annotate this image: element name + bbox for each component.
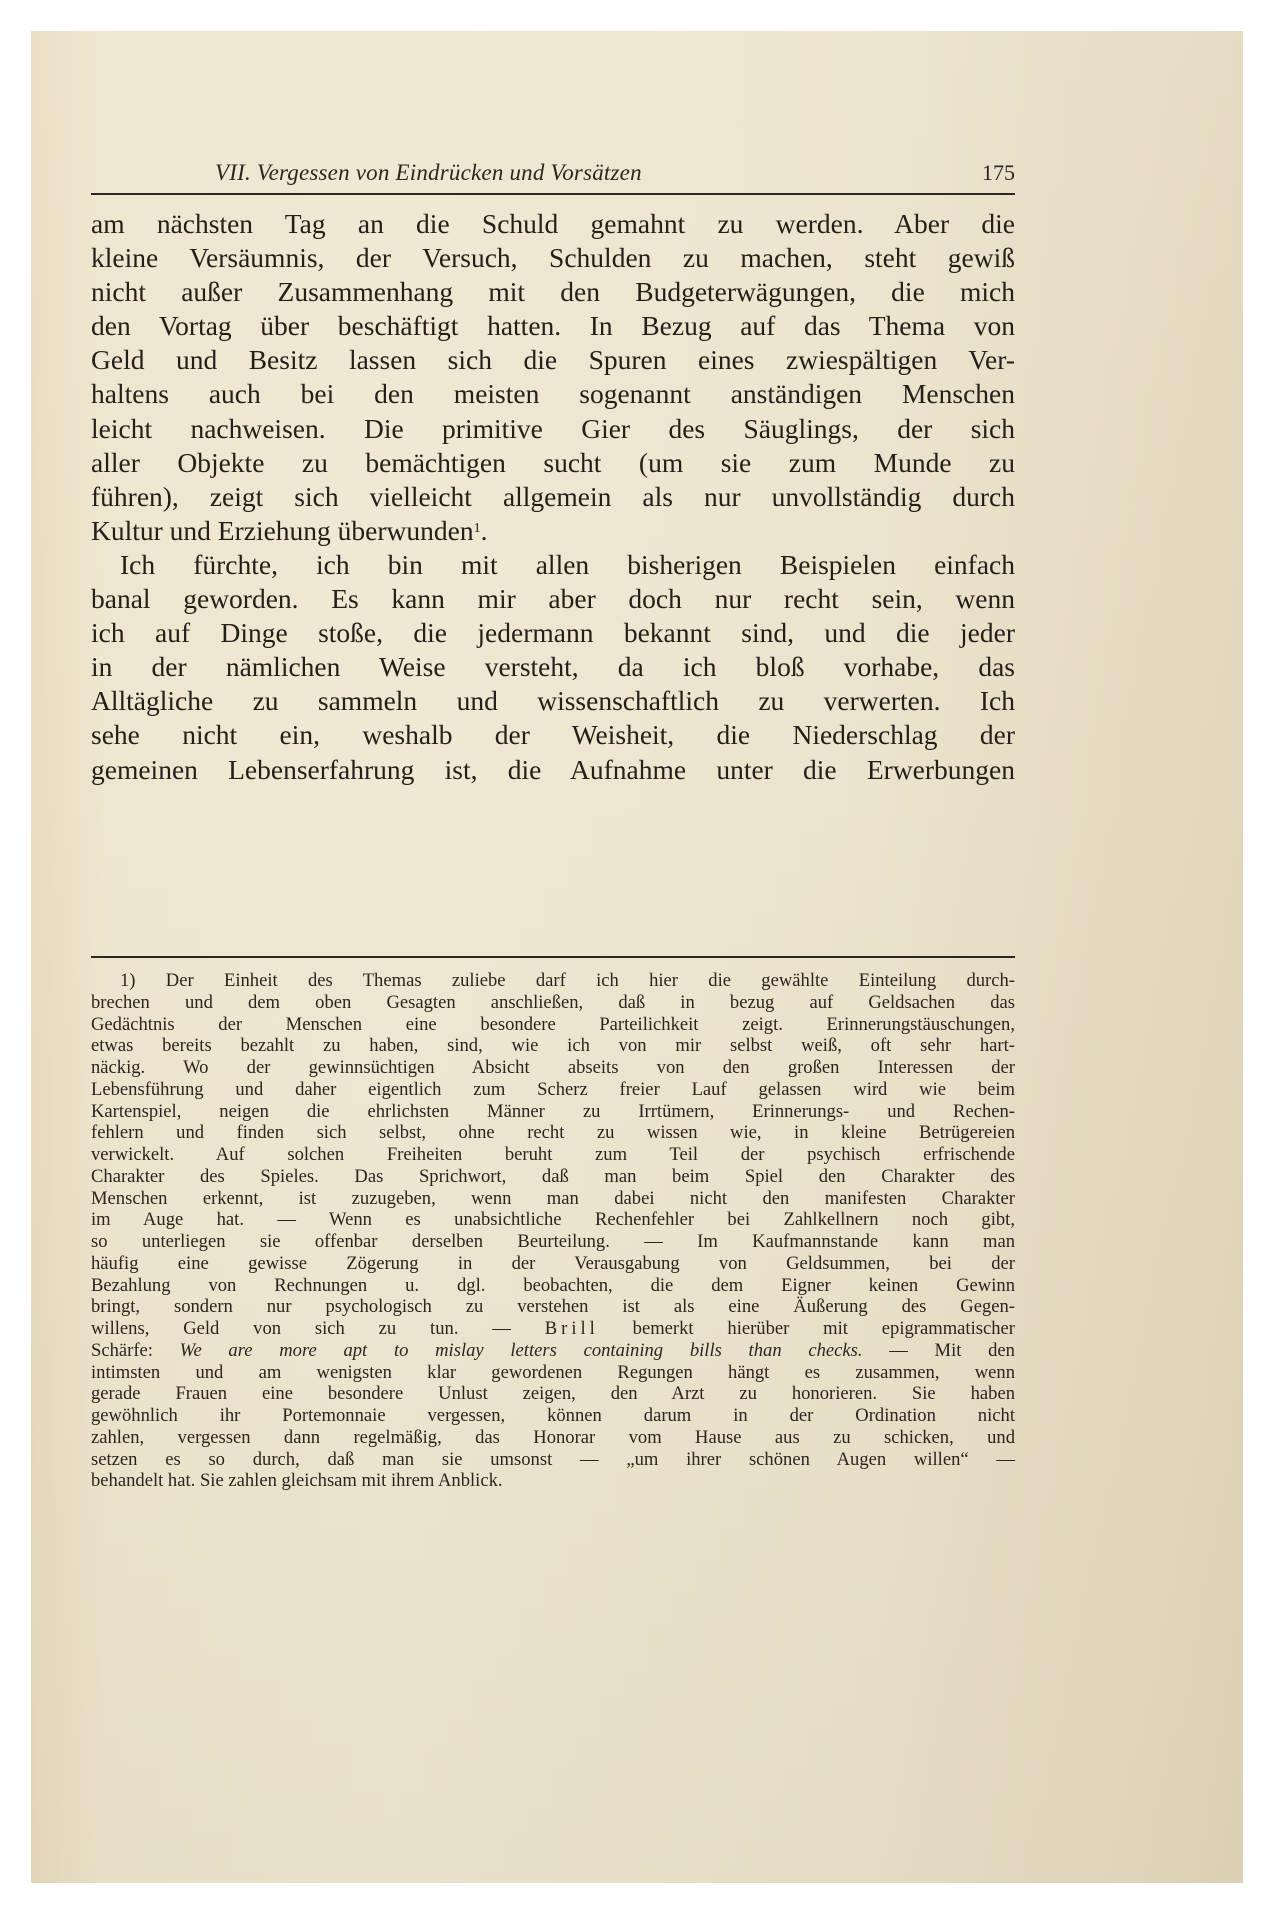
text-segment: — Mit den	[863, 1340, 1015, 1361]
text-segment: willens, Geld von sich zu tun. —	[91, 1318, 545, 1339]
footnote-line: setzen es so durch, daß man sie umsonst …	[91, 1449, 1015, 1471]
text-line: Alltägliche zu sammeln und wissenschaftl…	[91, 684, 1015, 718]
footnote-line: willens, Geld von sich zu tun. — Brill b…	[91, 1318, 1015, 1340]
footnote-line: intimsten und am wenigsten klar geworden…	[91, 1362, 1015, 1384]
text-line: nicht außer Zusammenhang mit den Budgete…	[91, 275, 1015, 309]
text-line: haltens auch bei den meisten sogenannt a…	[91, 377, 1015, 411]
footnote-line: häufig eine gewisse Zögerung in der Vera…	[91, 1253, 1015, 1275]
text-line: Geld und Besitz lassen sich die Spuren e…	[91, 343, 1015, 377]
text-line: in der nämlichen Weise versteht, da ich …	[91, 650, 1015, 684]
footnote-separator	[91, 956, 1015, 958]
footnote-line: Menschen erkennt, ist zuzugeben, wenn ma…	[91, 1188, 1015, 1210]
header-rule	[91, 193, 1015, 195]
text-line: sehe nicht ein, weshalb der Weisheit, di…	[91, 718, 1015, 752]
english-quote: We are more apt to mislay letters contai…	[180, 1340, 863, 1361]
footnote-line: bringt, sondern nur psychologisch zu ver…	[91, 1296, 1015, 1318]
running-title: VII. Vergessen von Eindrücken und Vorsät…	[215, 160, 642, 186]
text-line: kleine Versäumnis, der Versuch, Schulden…	[91, 241, 1015, 275]
footnote-line: Lebensführung und daher eigentlich zum S…	[91, 1079, 1015, 1101]
footnote-line: Schärfe: We are more apt to mislay lette…	[91, 1340, 1015, 1362]
footnote-line: etwas bereits bezahlt zu haben, sind, wi…	[91, 1035, 1015, 1057]
footnote-line: fehlern und finden sich selbst, ohne rec…	[91, 1122, 1015, 1144]
text-segment: Schärfe:	[91, 1340, 180, 1361]
footnote-line: zahlen, vergessen dann regelmäßig, das H…	[91, 1427, 1015, 1449]
author-name-spaced: Brill	[545, 1318, 599, 1339]
footnote-reference[interactable]: 1	[474, 521, 481, 536]
text-line: den Vortag über beschäftigt hatten. In B…	[91, 309, 1015, 343]
text-segment: Kultur und Erziehung überwunden	[91, 515, 474, 546]
footnote-line: so unterliegen sie offenbar derselben Be…	[91, 1231, 1015, 1253]
footnote-line: behandelt hat. Sie zahlen gleichsam mit …	[91, 1470, 1015, 1492]
footnote-line: gerade Frauen eine besondere Unlust zeig…	[91, 1383, 1015, 1405]
text-line: am nächsten Tag an die Schuld gemahnt zu…	[91, 207, 1015, 241]
text-line: führen), zeigt sich vielleicht allgemein…	[91, 480, 1015, 514]
paragraph-start-line: Ich fürchte, ich bin mit allen bisherige…	[91, 548, 1015, 582]
page-number: 175	[982, 160, 1015, 186]
footnote-line: Charakter des Spieles. Das Sprichwort, d…	[91, 1166, 1015, 1188]
text-line: gemeinen Lebenserfahrung ist, die Aufnah…	[91, 753, 1015, 787]
footnote-line: verwickelt. Auf solchen Freiheiten beruh…	[91, 1144, 1015, 1166]
text-line: leicht nachweisen. Die primitive Gier de…	[91, 412, 1015, 446]
footnote-line: Kartenspiel, neigen die ehrlichsten Männ…	[91, 1101, 1015, 1123]
main-text: am nächsten Tag an die Schuld gemahnt zu…	[91, 207, 1015, 787]
footnote: 1) Der Einheit des Themas zuliebe darf i…	[91, 970, 1015, 1492]
running-header: VII. Vergessen von Eindrücken und Vorsät…	[91, 158, 1015, 198]
footnote-line: Gedächtnis der Menschen eine besondere P…	[91, 1014, 1015, 1036]
text-line: ich auf Dinge stoße, die jedermann bekan…	[91, 616, 1015, 650]
text-segment: .	[481, 515, 488, 546]
text-line: aller Objekte zu bemächtigen sucht (um s…	[91, 446, 1015, 480]
footnote-line: im Auge hat. — Wenn es unabsichtliche Re…	[91, 1209, 1015, 1231]
footnote-line: brechen und dem oben Gesagten anschließe…	[91, 992, 1015, 1014]
text-line: Kultur und Erziehung überwunden1.	[91, 514, 1015, 548]
text-line: banal geworden. Es kann mir aber doch nu…	[91, 582, 1015, 616]
footnote-line: gewöhnlich ihr Portemonnaie vergessen, k…	[91, 1405, 1015, 1427]
footnote-line: näckig. Wo der gewinnsüchtigen Absicht a…	[91, 1057, 1015, 1079]
text-segment: bemerkt hierüber mit epigrammatischer	[599, 1318, 1015, 1339]
footnote-line: Bezahlung von Rechnungen u. dgl. beobach…	[91, 1275, 1015, 1297]
footnote-line: 1) Der Einheit des Themas zuliebe darf i…	[91, 970, 1015, 992]
